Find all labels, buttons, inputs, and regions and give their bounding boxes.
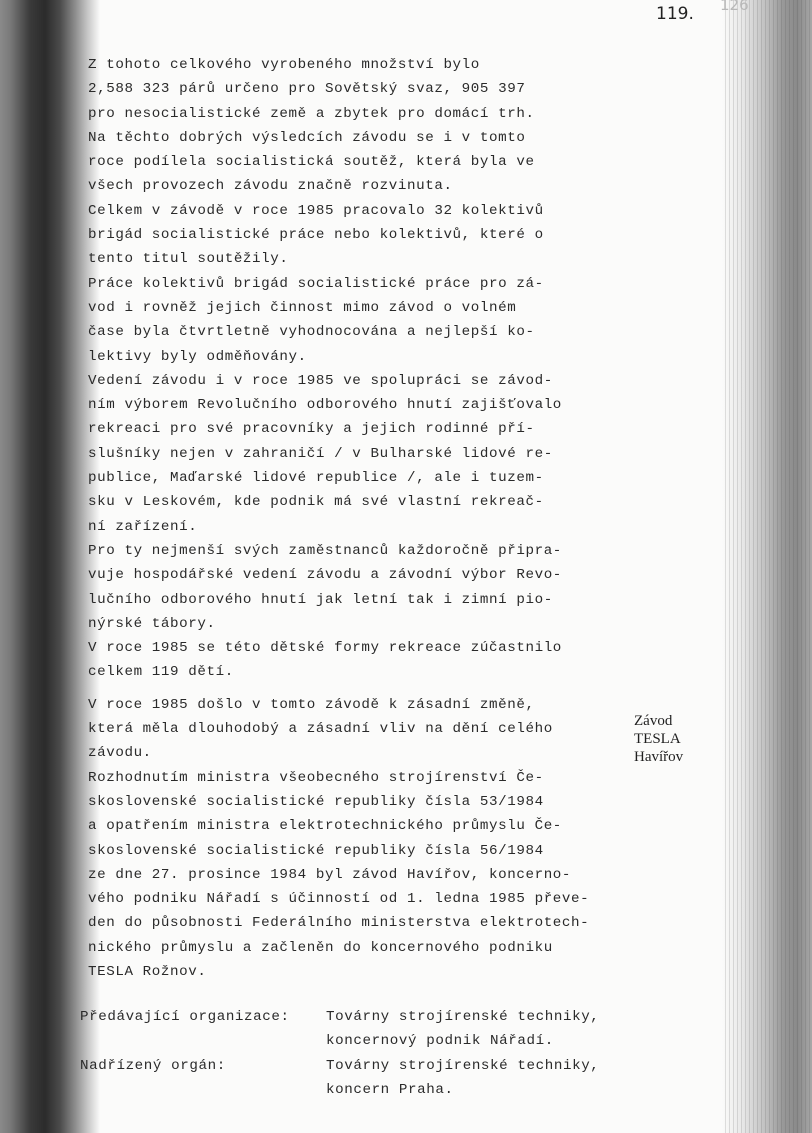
- margin-note-line: TESLA: [634, 730, 683, 748]
- organization-label: Předávající organizace:: [80, 1005, 326, 1054]
- text-line: skoslovenské socialistické republiky čís…: [88, 790, 628, 814]
- text-line: skoslovenské socialistické republiky čís…: [88, 839, 628, 863]
- page-edge-stack: [722, 0, 812, 1133]
- paragraph: Z tohoto celkového vyrobeného množství b…: [88, 53, 628, 126]
- text-line: závodu.: [88, 741, 628, 765]
- paragraph: Pro ty nejmenší svých zaměstnanců každor…: [88, 539, 628, 636]
- text-line: ním výborem Revolučního odborového hnutí…: [88, 393, 628, 417]
- text-line: ze dne 27. prosince 1984 byl závod Havíř…: [88, 863, 628, 887]
- text-line: a opatřením ministra elektrotechnického …: [88, 814, 628, 838]
- text-line: lektivy byly odměňovány.: [88, 345, 628, 369]
- paragraph: V roce 1985 se této dětské formy rekreac…: [88, 636, 628, 685]
- text-line: roce podílela socialistická soutěž, kter…: [88, 150, 628, 174]
- organization-value: Továrny strojírenské techniky,koncernový…: [326, 1005, 599, 1054]
- text-line: brigád socialistické práce nebo kolektiv…: [88, 223, 628, 247]
- paragraph: Práce kolektivů brigád socialistické prá…: [88, 272, 628, 369]
- organization-value: Továrny strojírenské techniky,koncern Pr…: [326, 1054, 599, 1103]
- paragraph: V roce 1985 došlo v tomto závodě k zásad…: [88, 693, 628, 766]
- organization-value-line: Továrny strojírenské techniky,: [326, 1054, 599, 1078]
- text-line: Z tohoto celkového vyrobeného množství b…: [88, 53, 628, 77]
- organization-table: Předávající organizace:Továrny strojíren…: [80, 1005, 660, 1102]
- text-line: nického průmyslu a začleněn do koncernov…: [88, 936, 628, 960]
- text-line: lučního odborového hnutí jak letní tak i…: [88, 588, 628, 612]
- text-line: Rozhodnutím ministra všeobecného strojír…: [88, 766, 628, 790]
- scanned-page: 119. 126 Z tohoto celkového vyrobeného m…: [0, 0, 812, 1133]
- text-line: vod i rovněž jejich činnost mimo závod o…: [88, 296, 628, 320]
- organization-value-line: koncernový podnik Nářadí.: [326, 1029, 599, 1053]
- text-line: všech provozech závodu značně rozvinuta.: [88, 174, 628, 198]
- paragraph: Vedení závodu i v roce 1985 ve spoluprác…: [88, 369, 628, 539]
- text-line: V roce 1985 došlo v tomto závodě k zásad…: [88, 693, 628, 717]
- text-line: Pro ty nejmenší svých zaměstnanců každor…: [88, 539, 628, 563]
- text-line: V roce 1985 se této dětské formy rekreac…: [88, 636, 628, 660]
- organization-value-line: Továrny strojírenské techniky,: [326, 1005, 599, 1029]
- organization-row: Nadřízený orgán:Továrny strojírenské tec…: [80, 1054, 660, 1103]
- margin-note: ZávodTESLAHavířov: [634, 712, 683, 766]
- paragraph: Na těchto dobrých výsledcích závodu se i…: [88, 126, 628, 199]
- page-number-stamp: 126: [720, 0, 749, 14]
- text-line: čase byla čtvrtletně vyhodnocována a nej…: [88, 320, 628, 344]
- organization-row: Předávající organizace:Továrny strojíren…: [80, 1005, 660, 1054]
- text-line: den do působnosti Federálního ministerst…: [88, 911, 628, 935]
- text-line: rekreaci pro své pracovníky a jejich rod…: [88, 417, 628, 441]
- binding-shadow: [0, 0, 100, 1133]
- text-line: pro nesocialistické země a zbytek pro do…: [88, 102, 628, 126]
- margin-note-line: Havířov: [634, 748, 683, 766]
- organization-label: Nadřízený orgán:: [80, 1054, 326, 1103]
- text-line: ní zařízení.: [88, 515, 628, 539]
- margin-note-line: Závod: [634, 712, 683, 730]
- text-line: celkem 119 dětí.: [88, 660, 628, 684]
- text-line: 2,588 323 párů určeno pro Sovětský svaz,…: [88, 77, 628, 101]
- text-line: tento titul soutěžily.: [88, 247, 628, 271]
- text-line: Celkem v závodě v roce 1985 pracovalo 32…: [88, 199, 628, 223]
- paragraph: Rozhodnutím ministra všeobecného strojír…: [88, 766, 628, 985]
- text-line: vého podniku Nářadí s účinností od 1. le…: [88, 887, 628, 911]
- text-line: Práce kolektivů brigád socialistické prá…: [88, 272, 628, 296]
- text-line: Vedení závodu i v roce 1985 ve spoluprác…: [88, 369, 628, 393]
- text-line: slušníky nejen v zahraničí / v Bulharské…: [88, 442, 628, 466]
- text-line: sku v Leskovém, kde podnik má své vlastn…: [88, 490, 628, 514]
- text-line: Na těchto dobrých výsledcích závodu se i…: [88, 126, 628, 150]
- paragraph: Celkem v závodě v roce 1985 pracovalo 32…: [88, 199, 628, 272]
- organization-value-line: koncern Praha.: [326, 1078, 599, 1102]
- text-line: nýrské tábory.: [88, 612, 628, 636]
- body-text: Z tohoto celkového vyrobeného množství b…: [88, 53, 628, 984]
- page-number: 119.: [656, 4, 694, 24]
- text-line: vuje hospodářské vedení závodu a závodní…: [88, 563, 628, 587]
- text-line: která měla dlouhodobý a zásadní vliv na …: [88, 717, 628, 741]
- text-line: TESLA Rožnov.: [88, 960, 628, 984]
- text-line: publice, Maďarské lidové republice /, al…: [88, 466, 628, 490]
